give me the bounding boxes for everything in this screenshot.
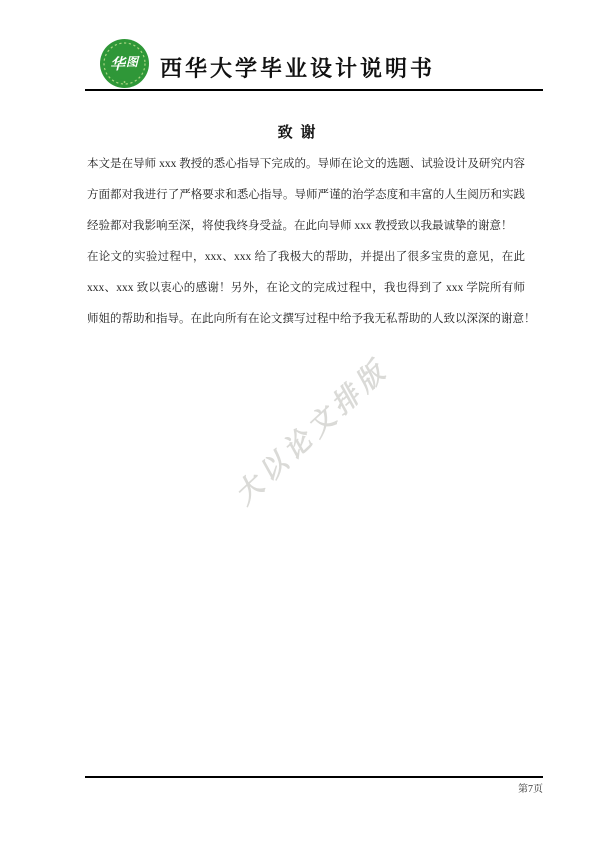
thesis-document-page: 华 图 西华大学毕业设计说明书 致 谢 本文是在导师 xxx 教授的悉心指导下完…	[0, 0, 595, 842]
body-line: 方面都对我进行了严格要求和悉心指导。导师严谨的治学态度和丰富的人生阅历和实践	[87, 180, 525, 211]
page-number: 第7页	[518, 780, 543, 795]
header-rule	[85, 89, 543, 91]
body-line: 师姐的帮助和指导。在此向所有在论文撰写过程中给予我无私帮助的人致以深深的谢意！	[87, 304, 525, 335]
footer-rule	[85, 776, 543, 778]
watermark-text: 大以论文排版	[224, 348, 395, 512]
page-title: 致 谢	[0, 121, 595, 142]
body-line: xxx、xxx 致以衷心的感谢！另外，在论文的完成过程中，我也得到了 xxx 学…	[87, 273, 525, 304]
body-text: 本文是在导师 xxx 教授的悉心指导下完成的。导师在论文的选题、试验设计及研究内…	[87, 149, 525, 335]
body-line: 经验都对我影响至深，将使我终身受益。在此向导师 xxx 教授致以我最诚挚的谢意！	[87, 211, 525, 242]
body-line: 在论文的实验过程中，xxx、xxx 给了我极大的帮助，并提出了很多宝贵的意见，在…	[87, 242, 525, 273]
header-title: 西华大学毕业设计说明书	[0, 52, 595, 83]
body-line: 本文是在导师 xxx 教授的悉心指导下完成的。导师在论文的选题、试验设计及研究内…	[87, 149, 525, 180]
